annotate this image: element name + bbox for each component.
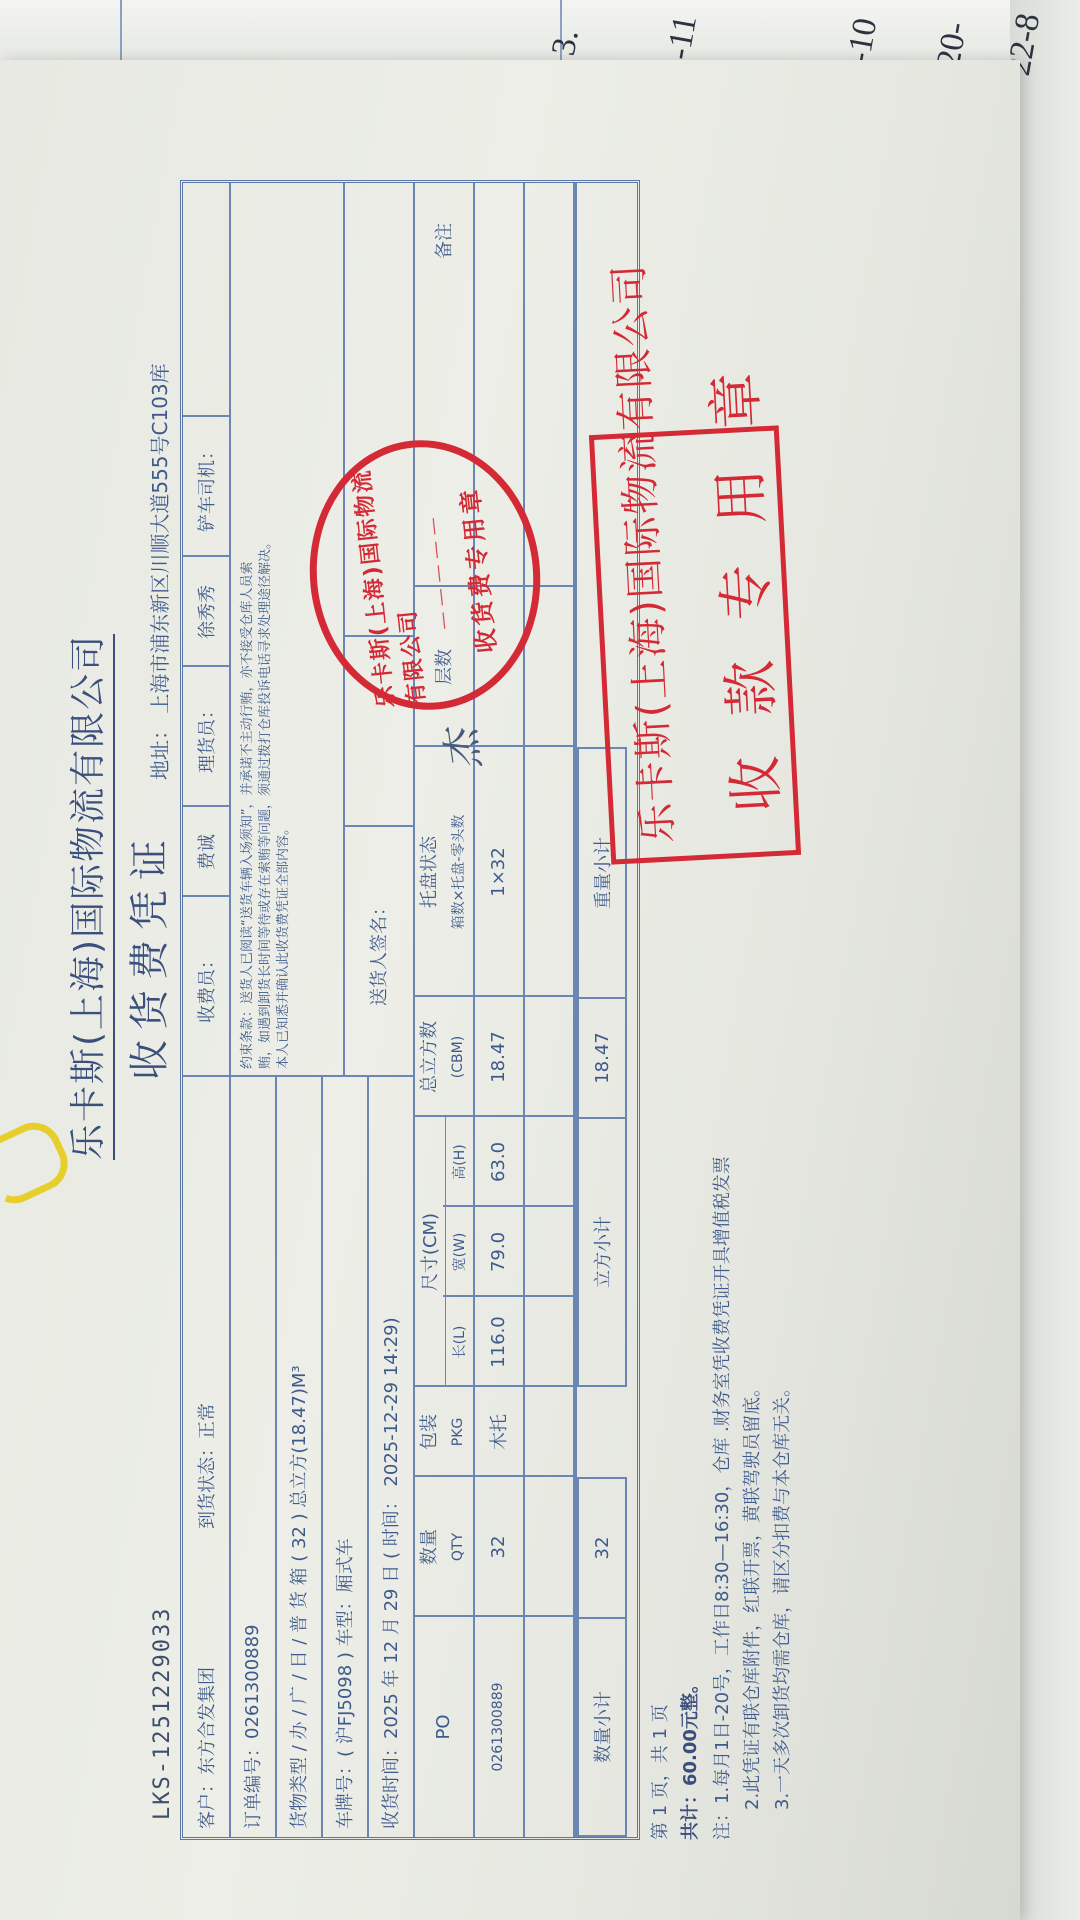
col-length: 长(L) bbox=[445, 1297, 473, 1387]
page-indicator: 第 1 页，共 1 页 bbox=[646, 1704, 672, 1840]
row-qty: 32 bbox=[473, 1477, 523, 1617]
receipt-table: 客户：东方合发集团 到货状态：正常 订单编号：0261300889 货物类型 /… bbox=[180, 180, 640, 1840]
row-cbm: 18.47 bbox=[473, 997, 523, 1117]
row-height: 63.0 bbox=[473, 1117, 523, 1207]
col-pallet: 托盘状态 bbox=[413, 747, 443, 997]
address-label: 地址： bbox=[148, 720, 172, 780]
cbm-subtotal-value: 18.47 bbox=[577, 997, 627, 1117]
handler-value: 徐秀秀 bbox=[183, 557, 229, 667]
row-length: 116.0 bbox=[473, 1297, 523, 1387]
col-qty-unit: QTY bbox=[443, 1477, 473, 1617]
forklift-label: 铲车司机： bbox=[183, 417, 229, 557]
col-width: 宽(W) bbox=[445, 1207, 473, 1297]
signer-label: 送货人签名： bbox=[343, 827, 413, 1077]
notes: 注：1.每月1日-20号，工作日8:30—16:30，仓库 .财务室凭收费凭证开… bbox=[708, 1156, 798, 1840]
client-field: 客户：东方合发集团 bbox=[183, 1537, 229, 1837]
col-pkg: 包装 bbox=[413, 1387, 443, 1477]
handler-label: 理货员： bbox=[183, 667, 229, 807]
document-number: LKS-1251229033 bbox=[150, 1607, 175, 1820]
row-pallet: 1×32 bbox=[473, 747, 523, 997]
row-width: 79.0 bbox=[473, 1207, 523, 1297]
document-title: 收货费凭证 bbox=[118, 830, 175, 1080]
background-scribble: -11 bbox=[660, 13, 705, 63]
fee-collector-value: 费诚 bbox=[183, 807, 229, 897]
col-qty: 数量 bbox=[413, 1477, 443, 1617]
note-line: 3.一天多次卸货均需仓库，请区分扣费与本仓库无关。 bbox=[768, 1156, 798, 1840]
row-po: 0261300889 bbox=[473, 1617, 523, 1837]
address: 地址： 上海市浦东新区川顺大道555号C103库 bbox=[144, 363, 173, 780]
forklift-value bbox=[183, 183, 229, 417]
terms-block: 约束条款：送货人已阅读“送货车辆入场须知”，并承诺不主动行贿，亦不接受仓库人员索… bbox=[239, 189, 293, 1069]
qty-subtotal-value: 32 bbox=[577, 1477, 627, 1617]
col-cbm: 总立方数 bbox=[413, 997, 443, 1117]
col-height: 高(H) bbox=[445, 1117, 473, 1207]
signer-signature: 杰 bbox=[429, 726, 491, 774]
receipt-document: LKS-1251229033 乐卡斯(上海)国际物流有限公司 收货费凭证 地址：… bbox=[40, 120, 920, 1880]
order-number-field: 订单编号：0261300889 bbox=[229, 1077, 275, 1837]
background-scribble: -10 bbox=[840, 15, 885, 66]
company-name: 乐卡斯(上海)国际物流有限公司 bbox=[60, 634, 115, 1160]
col-cbm-unit: (CBM) bbox=[443, 997, 473, 1117]
receive-time-field: 收货时间：2025 年 12 月 29 日 ( 时间： 2025-12-29 1… bbox=[367, 1077, 413, 1837]
address-value: 上海市浦东新区川顺大道555号C103库 bbox=[148, 363, 172, 713]
note-line: 注：1.每月1日-20号，工作日8:30—16:30，仓库 .财务室凭收费凭证开… bbox=[708, 1156, 738, 1840]
background-papers-right bbox=[1010, 0, 1080, 1920]
row-pkg: 木托 bbox=[473, 1387, 523, 1477]
col-pallet-detail: 箱数×托盘-零头数 bbox=[443, 747, 473, 997]
cargo-type-field: 货物类型 / 办 / 广 / 日 / 普 货 箱 ( 32 ) 总立方(18.4… bbox=[275, 1077, 321, 1837]
col-pkg-unit: PKG bbox=[443, 1387, 473, 1477]
qty-subtotal-label: 数量小计 bbox=[577, 1617, 627, 1837]
total-amount: 共计：60.00元整。 bbox=[676, 1675, 702, 1840]
note-line: 2.此凭证有联仓库附件，红联开票，黄联驾驶员留底。 bbox=[738, 1156, 768, 1840]
background-rule bbox=[120, 0, 122, 60]
fee-collector-label: 收费员： bbox=[183, 897, 229, 1077]
arrival-status-field: 到货状态：正常 bbox=[183, 1077, 229, 1537]
payment-stamp: 乐卡斯(上海)国际物流有限公司 收款专用章 bbox=[589, 425, 801, 864]
plate-field: 车牌号：( 沪FJ5098 ) 车型：厢式车 bbox=[321, 1077, 367, 1837]
col-po: PO bbox=[413, 1617, 473, 1837]
cbm-subtotal-label: 立方小计 bbox=[577, 1117, 627, 1387]
col-size: 尺寸(CM) bbox=[413, 1117, 445, 1387]
